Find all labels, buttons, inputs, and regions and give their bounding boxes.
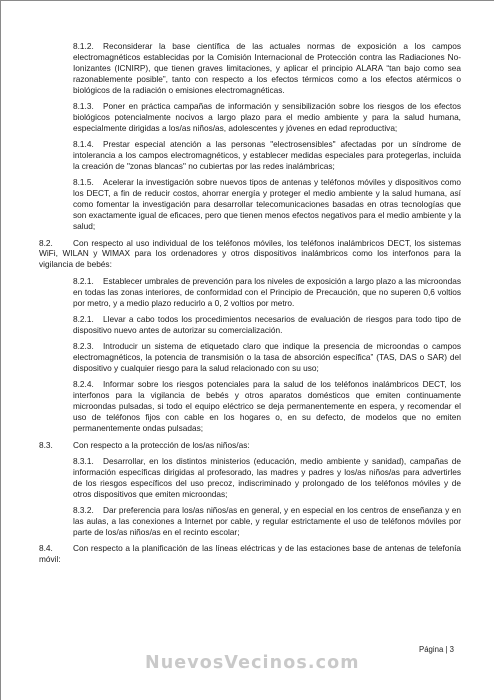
paragraph-number: 8.4. [39, 543, 73, 554]
paragraph-text: Desarrollar, en los distintos ministerio… [73, 456, 461, 499]
paragraph-number: 8.1.4. [73, 139, 103, 150]
watermark: NuevosVecinos.com [145, 653, 360, 673]
paragraph-8-1-3: 8.1.3.Poner en práctica campañas de info… [73, 101, 461, 134]
paragraph-number: 8.2.4. [73, 379, 103, 390]
document-page: 8.1.2.Reconsiderar la base científica de… [0, 0, 494, 700]
paragraph-8-4: 8.4.Con respecto a la planificación de l… [39, 543, 461, 565]
paragraph-text: Establecer umbrales de prevención para l… [73, 276, 461, 308]
paragraph-text: Dar preferencia para los/as niños/as en … [73, 505, 461, 537]
paragraph-8-1-5: 8.1.5.Acelerar la investigación sobre nu… [73, 177, 461, 232]
paragraph-8-3-2: 8.3.2.Dar preferencia para los/as niños/… [73, 505, 461, 538]
paragraph-number: 8.1.3. [73, 101, 103, 112]
paragraph-text: Con respecto al uso individual de los te… [39, 238, 461, 270]
paragraph-8-1-4: 8.1.4.Prestar especial atención a las pe… [73, 139, 461, 172]
paragraph-number: 8.2.3. [73, 341, 103, 352]
paragraph-text: Prestar especial atención a las personas… [73, 139, 461, 171]
paragraph-text: Acelerar la investigación sobre nuevos t… [73, 177, 461, 231]
paragraph-number: 8.1.2. [73, 41, 103, 52]
paragraph-number: 8.3. [39, 440, 73, 451]
paragraph-text: Con respecto a la protección de los/as n… [73, 440, 250, 450]
document-body: 8.1.2.Reconsiderar la base científica de… [39, 41, 461, 571]
paragraph-8-3: 8.3.Con respecto a la protección de los/… [39, 440, 461, 451]
paragraph-text: Reconsiderar la base científica de las a… [73, 41, 461, 95]
paragraph-8-3-1: 8.3.1.Desarrollar, en los distintos mini… [73, 456, 461, 500]
paragraph-number: 8.3.1. [73, 456, 103, 467]
paragraph-text: Informar sobre los riesgos potenciales p… [73, 379, 461, 433]
paragraph-8-2-4: 8.2.4.Informar sobre los riesgos potenci… [73, 379, 461, 434]
paragraph-8-2-3: 8.2.3.Introducir un sistema de etiquetad… [73, 341, 461, 374]
paragraph-8-1-2: 8.1.2.Reconsiderar la base científica de… [73, 41, 461, 96]
paragraph-number: 8.2. [39, 238, 73, 249]
paragraph-number: 8.2.1. [73, 314, 103, 325]
paragraph-8-2-1-b: 8.2.1.Llevar a cabo todos los procedimie… [73, 314, 461, 336]
paragraph-number: 8.3.2. [73, 505, 103, 516]
paragraph-text: Poner en práctica campañas de informació… [73, 101, 461, 133]
paragraph-number: 8.2.1. [73, 276, 103, 287]
paragraph-8-2-1: 8.2.1.Establecer umbrales de prevención … [73, 276, 461, 309]
paragraph-text: Introducir un sistema de etiquetado clar… [73, 341, 461, 373]
paragraph-8-2: 8.2.Con respecto al uso individual de lo… [39, 238, 461, 271]
paragraph-text: Llevar a cabo todos los procedimientos n… [73, 314, 461, 335]
paragraph-number: 8.1.5. [73, 177, 103, 188]
paragraph-text: Con respecto a la planificación de las l… [39, 543, 461, 564]
page-number: Página | 3 [419, 645, 454, 654]
